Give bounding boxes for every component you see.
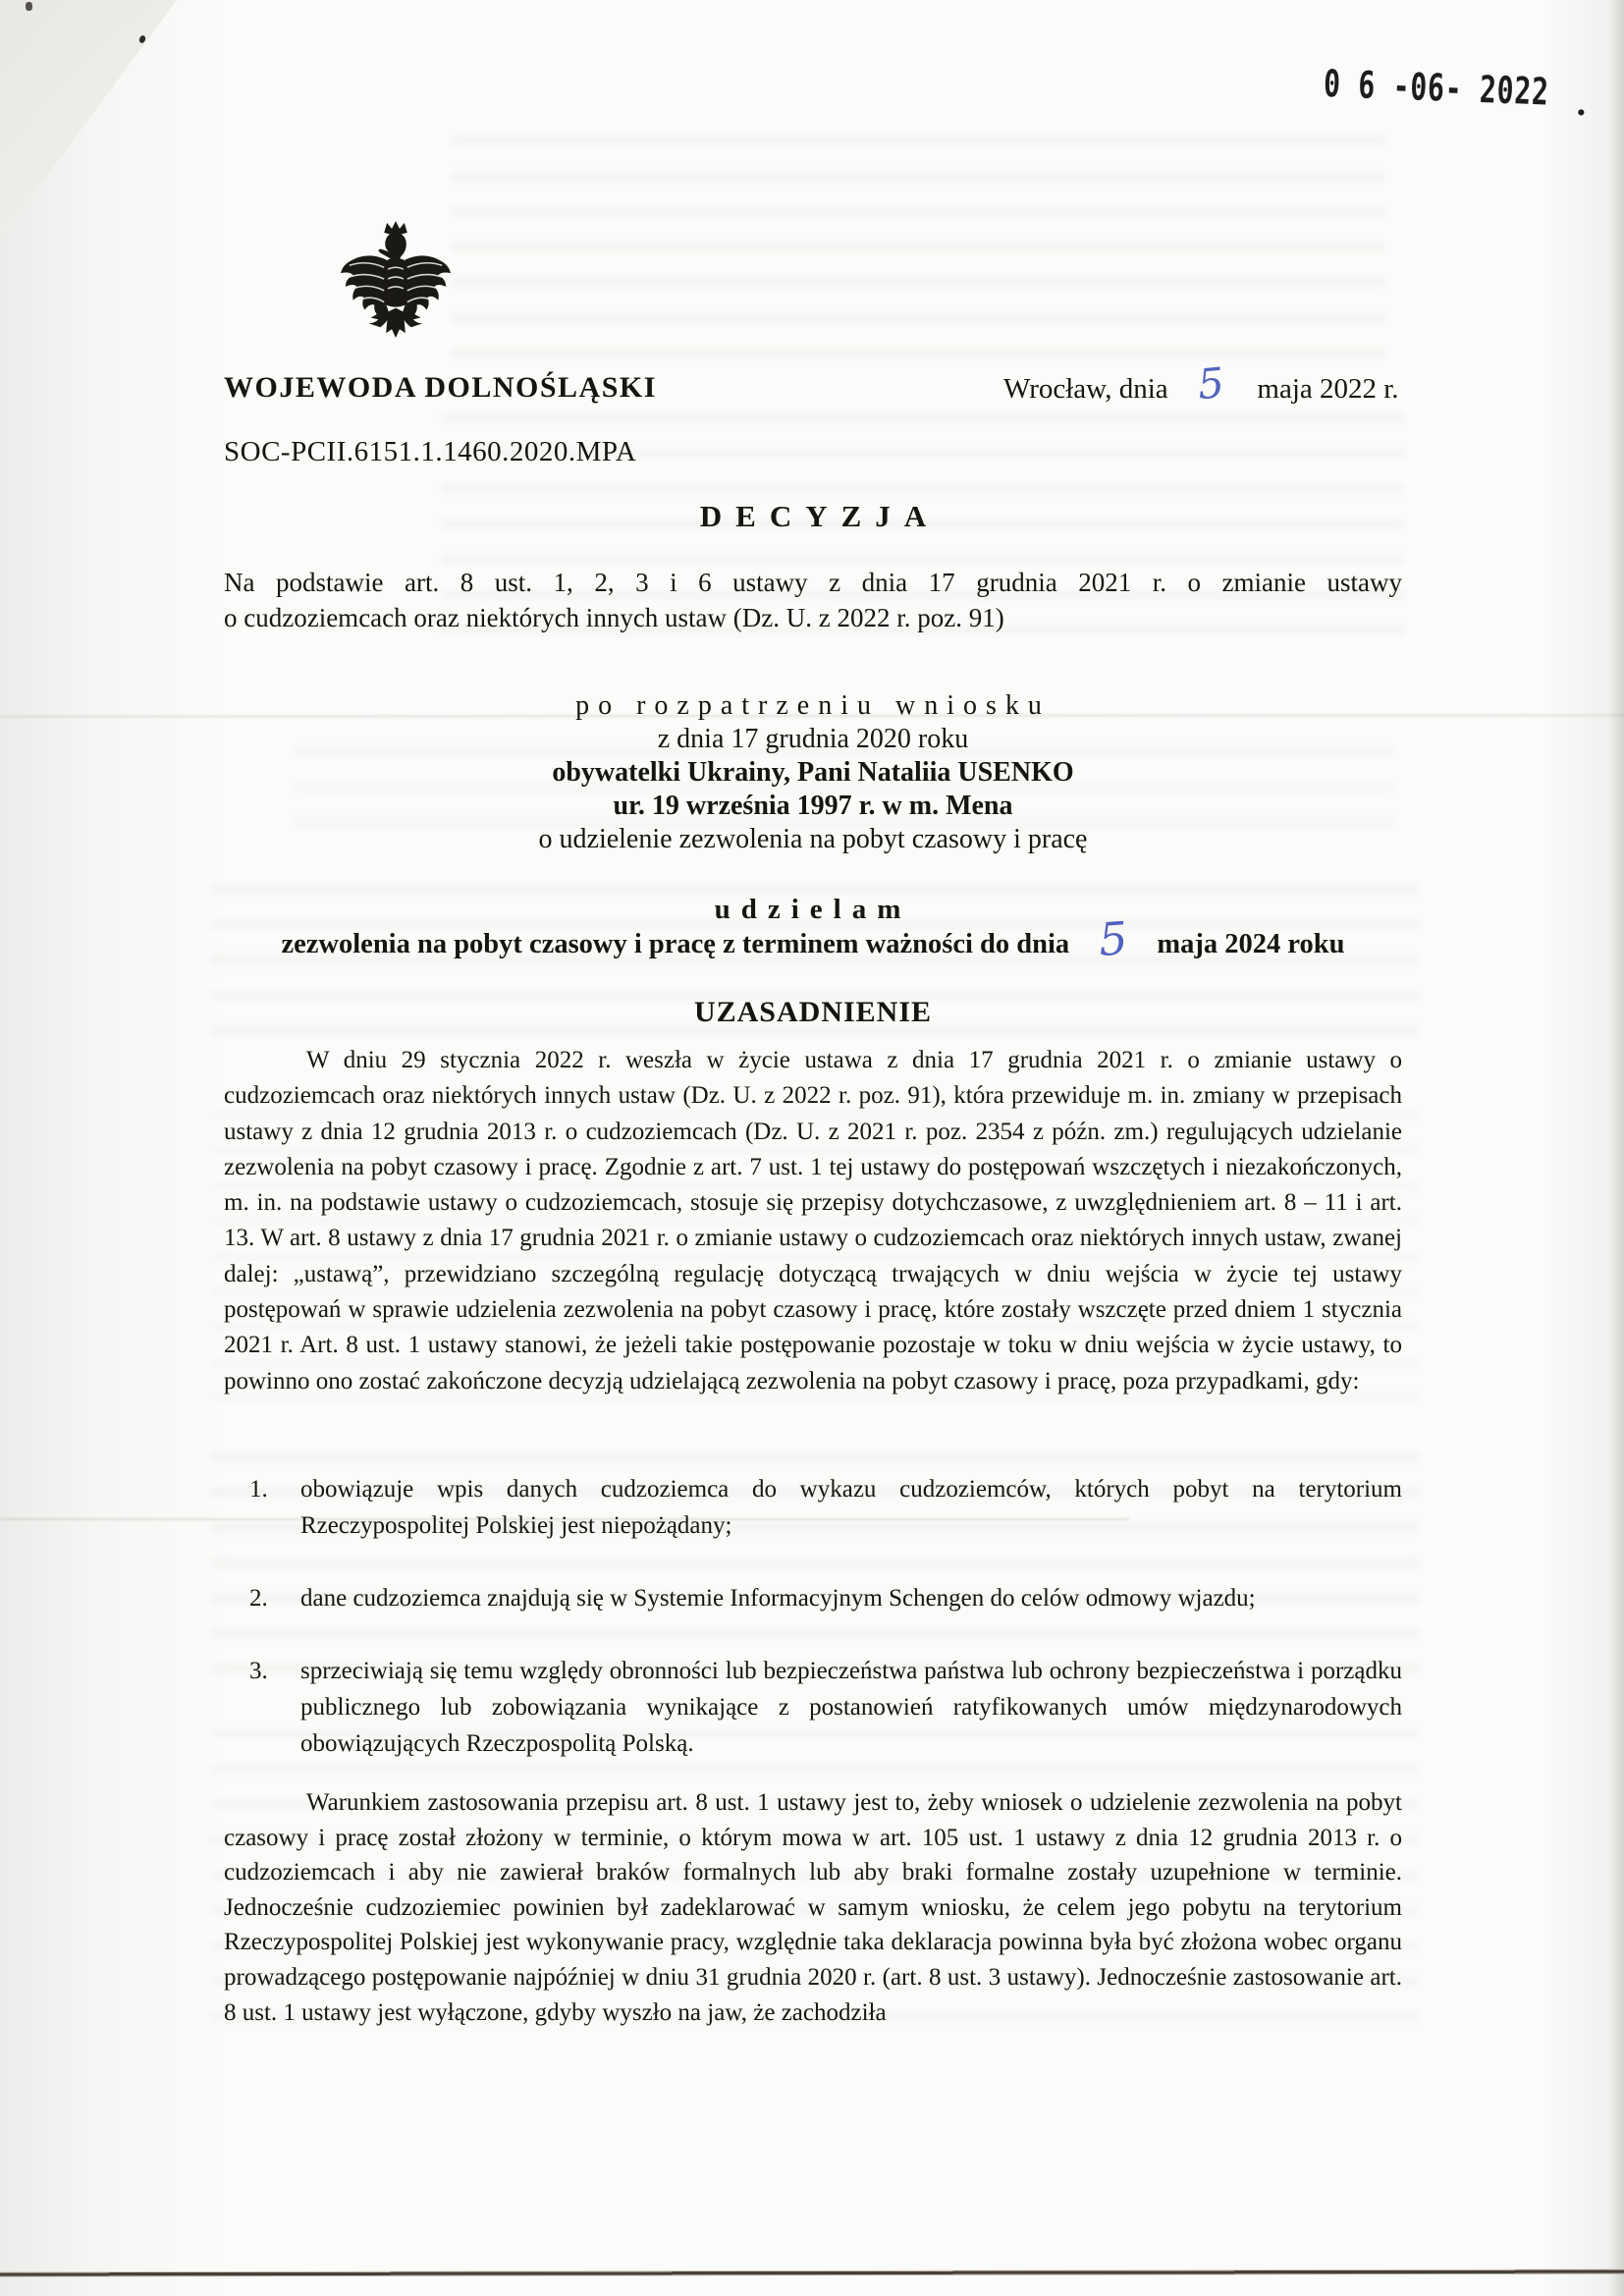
- authority-name: WOJEWODA DOLNOŚLĄSKI: [224, 371, 657, 405]
- condition-text: dane cudzoziemca znajdują się w Systemie…: [300, 1585, 1256, 1612]
- scanned-document-page: 0 6 -06- 2022. WOJEWODA DOLNOŚLĄSK: [0, 0, 1624, 2296]
- justification-paragraph-1: W dniu 29 stycznia 2022 r. weszła w życi…: [224, 1043, 1402, 1399]
- application-date: z dnia 17 grudnia 2020 roku: [224, 723, 1402, 756]
- decision-verb: udzielam: [224, 894, 1402, 926]
- scan-right-edge-shadow: [1608, 0, 1624, 2296]
- condition-number: 3.: [249, 1653, 268, 1689]
- condition-number: 2.: [249, 1580, 268, 1616]
- grant-text-after-day: maja 2024 roku: [1157, 929, 1344, 959]
- condition-item: 2. dane cudzoziemca znajdują się w Syste…: [224, 1580, 1402, 1616]
- case-reference-number: SOC-PCII.6151.1.1460.2020.MPA: [224, 436, 636, 468]
- handwritten-day-of-month: 5: [1198, 383, 1224, 385]
- condition-item: 1. obowiązuje wpis danych cudzoziemca do…: [224, 1471, 1402, 1544]
- condition-text: obowiązuje wpis danych cudzoziemca do wy…: [300, 1476, 1402, 1539]
- condition-text: sprzeciwiają się temu względy obronności…: [300, 1658, 1402, 1757]
- decision-title: DECYZJA: [224, 499, 1402, 534]
- applicant-name: obywatelki Ukrainy, Pani Nataliia USENKO: [224, 756, 1402, 790]
- paper-bottom-edge: [0, 2269, 1624, 2277]
- handwritten-validity-day: 5: [1099, 938, 1127, 940]
- scan-corner-fold: [0, 0, 177, 240]
- justification-heading: UZASADNIENIE: [224, 996, 1402, 1029]
- application-intro: po rozpatrzeniu wniosku: [224, 689, 1402, 723]
- condition-number: 1.: [249, 1471, 268, 1507]
- applicant-birth-info: ur. 19 września 1997 r. w m. Mena: [224, 790, 1402, 823]
- stamp-period: .: [1576, 82, 1587, 125]
- grant-statement: zezwolenia na pobyt czasowy i pracę z te…: [224, 929, 1402, 960]
- place-date-prefix: Wrocław, dnia: [1003, 373, 1168, 405]
- legal-basis-line2: o cudzoziemcach oraz niektórych innych u…: [224, 600, 1402, 635]
- place-date-suffix: maja 2022 r.: [1257, 373, 1398, 405]
- scan-speck: [26, 2, 32, 11]
- legal-basis-line1: Na podstawie art. 8 ust. 1, 2, 3 i 6 ust…: [224, 565, 1402, 600]
- condition-item: 3. sprzeciwiają się temu względy obronno…: [224, 1653, 1402, 1762]
- justification-paragraph-2: Warunkiem zastosowania przepisu art. 8 u…: [224, 1785, 1402, 2030]
- date-received-stamp: 0 6 -06- 2022.: [1323, 62, 1587, 116]
- application-block: po rozpatrzeniu wniosku z dnia 17 grudni…: [224, 689, 1402, 856]
- grant-text-before-day: zezwolenia na pobyt czasowy i pracę z te…: [281, 929, 1069, 959]
- polish-eagle-emblem-icon: [338, 218, 454, 348]
- application-subject: o udzielenie zezwolenia na pobyt czasowy…: [224, 823, 1402, 856]
- place-date-line: Wrocław, dnia5maja 2022 r.: [1003, 373, 1399, 406]
- stamp-date-text: 0 6 -06- 2022: [1323, 62, 1549, 114]
- bleedthrough-artifact: [452, 136, 1384, 371]
- decision-conditions-list: 1. obowiązuje wpis danych cudzoziemca do…: [224, 1471, 1402, 1798]
- legal-basis-paragraph: Na podstawie art. 8 ust. 1, 2, 3 i 6 ust…: [224, 565, 1402, 635]
